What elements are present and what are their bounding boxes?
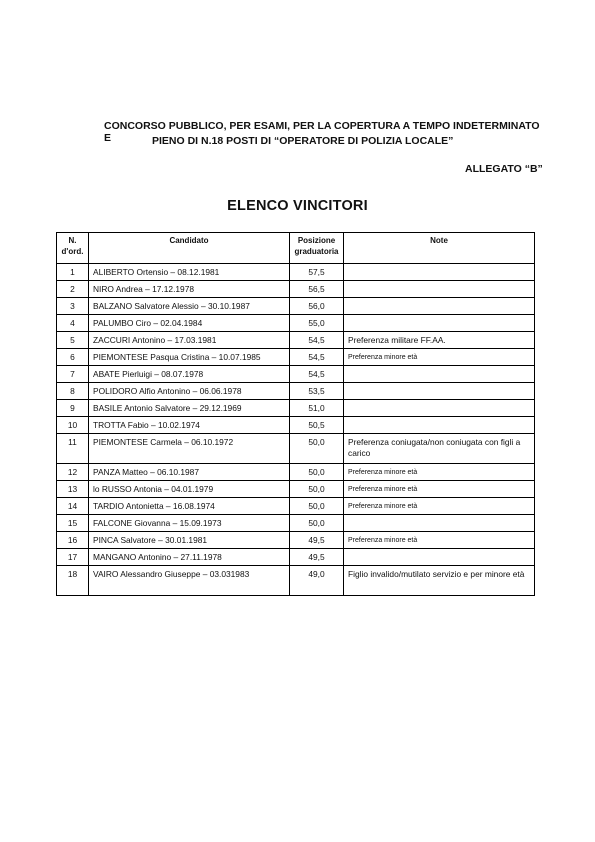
cell-score: 57,5 — [290, 264, 344, 281]
cell-score: 49,0 — [290, 566, 344, 596]
cell-note: Figlio invalido/mutilato servizio e per … — [344, 566, 535, 596]
cell-note — [344, 383, 535, 400]
cell-candidate: TROTTA Fabio – 10.02.1974 — [89, 417, 290, 434]
table-row: 10TROTTA Fabio – 10.02.197450,5 — [57, 417, 535, 434]
cell-note: Preferenza minore età — [344, 464, 535, 481]
table-row: 18VAIRO Alessandro Giuseppe – 03.0319834… — [57, 566, 535, 596]
cell-number: 8 — [57, 383, 89, 400]
cell-note: Preferenza minore età — [344, 349, 535, 366]
table-row: 13lo RUSSO Antonia – 04.01.197950,0Prefe… — [57, 481, 535, 498]
cell-score: 56,0 — [290, 298, 344, 315]
cell-note — [344, 515, 535, 532]
cell-note: Preferenza minore età — [344, 532, 535, 549]
cell-score: 50,0 — [290, 434, 344, 464]
cell-number: 7 — [57, 366, 89, 383]
table-row: 16PINCA Salvatore – 30.01.198149,5Prefer… — [57, 532, 535, 549]
cell-number: 15 — [57, 515, 89, 532]
cell-note — [344, 417, 535, 434]
cell-number: 4 — [57, 315, 89, 332]
cell-note: Preferenza coniugata/non coniugata con f… — [344, 434, 535, 464]
table-row: 6PIEMONTESE Pasqua Cristina – 10.07.1985… — [57, 349, 535, 366]
cell-note: Preferenza minore età — [344, 481, 535, 498]
cell-candidate: BALZANO Salvatore Alessio – 30.10.1987 — [89, 298, 290, 315]
cell-score: 54,5 — [290, 332, 344, 349]
cell-number: 6 — [57, 349, 89, 366]
cell-number: 18 — [57, 566, 89, 596]
table-row: 5ZACCURI Antonino – 17.03.198154,5Prefer… — [57, 332, 535, 349]
cell-score: 56,5 — [290, 281, 344, 298]
table-row: 2NIRO Andrea – 17.12.197856,5 — [57, 281, 535, 298]
cell-candidate: PINCA Salvatore – 30.01.1981 — [89, 532, 290, 549]
cell-note — [344, 366, 535, 383]
cell-score: 50,0 — [290, 481, 344, 498]
table-row: 1ALIBERTO Ortensio – 08.12.198157,5 — [57, 264, 535, 281]
cell-score: 55,0 — [290, 315, 344, 332]
cell-note — [344, 549, 535, 566]
cell-number: 11 — [57, 434, 89, 464]
table-row: 11PIEMONTESE Carmela – 06.10.197250,0Pre… — [57, 434, 535, 464]
cell-score: 50,0 — [290, 464, 344, 481]
header-line-2: PIENO DI N.18 POSTI DI “OPERATORE DI POL… — [152, 135, 552, 147]
cell-candidate: POLIDORO Alfio Antonino – 06.06.1978 — [89, 383, 290, 400]
cell-number: 17 — [57, 549, 89, 566]
cell-candidate: FALCONE Giovanna – 15.09.1973 — [89, 515, 290, 532]
cell-number: 16 — [57, 532, 89, 549]
cell-candidate: VAIRO Alessandro Giuseppe – 03.031983 — [89, 566, 290, 596]
cell-candidate: lo RUSSO Antonia – 04.01.1979 — [89, 481, 290, 498]
col-header-n: N. d'ord. — [57, 233, 89, 264]
cell-note: Preferenza minore età — [344, 498, 535, 515]
cell-candidate: NIRO Andrea – 17.12.1978 — [89, 281, 290, 298]
table-row: 9BASILE Antonio Salvatore – 29.12.196951… — [57, 400, 535, 417]
table-row: 8POLIDORO Alfio Antonino – 06.06.197853,… — [57, 383, 535, 400]
cell-score: 51,0 — [290, 400, 344, 417]
table-row: 12PANZA Matteo – 06.10.198750,0Preferenz… — [57, 464, 535, 481]
cell-note — [344, 400, 535, 417]
cell-candidate: PALUMBO Ciro – 02.04.1984 — [89, 315, 290, 332]
cell-number: 13 — [57, 481, 89, 498]
table-row: 4PALUMBO Ciro – 02.04.198455,0 — [57, 315, 535, 332]
cell-score: 54,5 — [290, 349, 344, 366]
cell-note — [344, 298, 535, 315]
cell-candidate: BASILE Antonio Salvatore – 29.12.1969 — [89, 400, 290, 417]
cell-score: 49,5 — [290, 532, 344, 549]
table-row: 14TARDIO Antonietta – 16.08.197450,0Pref… — [57, 498, 535, 515]
winners-table: N. d'ord. Candidato Posizione graduatori… — [56, 232, 535, 596]
cell-note — [344, 315, 535, 332]
cell-number: 9 — [57, 400, 89, 417]
cell-number: 12 — [57, 464, 89, 481]
cell-candidate: ABATE Pierluigi – 08.07.1978 — [89, 366, 290, 383]
allegato-label: ALLEGATO “B” — [465, 163, 545, 175]
cell-score: 50,0 — [290, 498, 344, 515]
table-header-row: N. d'ord. Candidato Posizione graduatori… — [57, 233, 535, 264]
cell-number: 2 — [57, 281, 89, 298]
col-header-candidato: Candidato — [89, 233, 290, 264]
cell-number: 1 — [57, 264, 89, 281]
col-header-note: Note — [344, 233, 535, 264]
col-header-posizione: Posizione graduatoria — [290, 233, 344, 264]
cell-number: 10 — [57, 417, 89, 434]
cell-candidate: MANGANO Antonino – 27.11.1978 — [89, 549, 290, 566]
table-row: 15FALCONE Giovanna – 15.09.197350,0 — [57, 515, 535, 532]
cell-candidate: PIEMONTESE Carmela – 06.10.1972 — [89, 434, 290, 464]
cell-score: 50,5 — [290, 417, 344, 434]
cell-candidate: PANZA Matteo – 06.10.1987 — [89, 464, 290, 481]
table-row: 3BALZANO Salvatore Alessio – 30.10.19875… — [57, 298, 535, 315]
cell-candidate: TARDIO Antonietta – 16.08.1974 — [89, 498, 290, 515]
cell-score: 49,5 — [290, 549, 344, 566]
cell-note — [344, 281, 535, 298]
cell-number: 5 — [57, 332, 89, 349]
table-row: 7ABATE Pierluigi – 08.07.197854,5 — [57, 366, 535, 383]
cell-number: 14 — [57, 498, 89, 515]
cell-candidate: PIEMONTESE Pasqua Cristina – 10.07.1985 — [89, 349, 290, 366]
cell-note — [344, 264, 535, 281]
cell-score: 53,5 — [290, 383, 344, 400]
cell-score: 54,5 — [290, 366, 344, 383]
cell-number: 3 — [57, 298, 89, 315]
table-row: 17MANGANO Antonino – 27.11.197849,5 — [57, 549, 535, 566]
cell-candidate: ALIBERTO Ortensio – 08.12.1981 — [89, 264, 290, 281]
cell-note: Preferenza militare FF.AA. — [344, 332, 535, 349]
cell-score: 50,0 — [290, 515, 344, 532]
cell-candidate: ZACCURI Antonino – 17.03.1981 — [89, 332, 290, 349]
section-title: ELENCO VINCITORI — [0, 198, 595, 214]
